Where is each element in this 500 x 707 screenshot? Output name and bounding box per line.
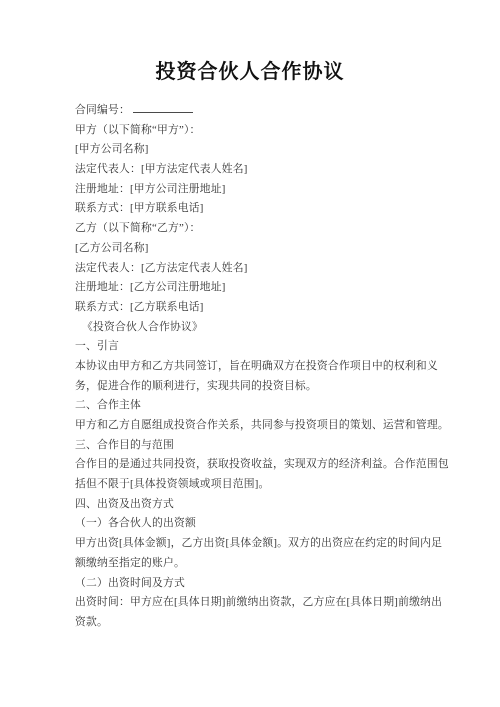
document-line: 务，促进合作的顺利进行，实现共同的投资目标。: [75, 377, 429, 397]
document-line: 法定代表人：[甲方法定代表人姓名]: [75, 160, 429, 180]
document-line: 括但不限于[具体投资领域或项目范围]。: [75, 475, 429, 495]
document-line: 三、合作目的与范围: [75, 436, 429, 456]
contract-number-line: 合同编号：: [75, 101, 429, 121]
contract-number-blank-underline: [133, 101, 193, 113]
document-line: [甲方公司名称]: [75, 140, 429, 160]
document-line: 本协议由甲方和乙方共同签订，旨在明确双方在投资合作项目中的权利和义: [75, 357, 429, 377]
document-lines: 甲方（以下简称“甲方”）：[甲方公司名称]法定代表人：[甲方法定代表人姓名]注册…: [75, 121, 429, 633]
document-line: 注册地址：[甲方公司注册地址]: [75, 180, 429, 200]
document-line: 四、出资及出资方式: [75, 495, 429, 515]
document-line: 甲方（以下简称“甲方”）：: [75, 121, 429, 141]
contract-number-label: 合同编号：: [75, 104, 130, 116]
document-line: 资款。: [75, 613, 429, 633]
document-line: 额缴纳至指定的账户。: [75, 554, 429, 574]
document-line: （一）各合伙人的出资额: [75, 514, 429, 534]
document-line: 合作目的是通过共同投资，获取投资收益，实现双方的经济利益。合作范围包: [75, 455, 429, 475]
document-title: 投资合伙人合作协议: [0, 55, 500, 84]
document-line: 二、合作主体: [75, 396, 429, 416]
document-line: 乙方（以下简称“乙方”）：: [75, 219, 429, 239]
document-line: 法定代表人：[乙方法定代表人姓名]: [75, 259, 429, 279]
document-line: 甲方和乙方自愿组成投资合作关系，共同参与投资项目的策划、运营和管理。: [75, 416, 429, 436]
document-line: 联系方式：[乙方联系电话]: [75, 298, 429, 318]
document-line: 出资时间：甲方应在[具体日期]前缴纳出资款，乙方应在[具体日期]前缴纳出: [75, 593, 429, 613]
document-page: 投资合伙人合作协议 合同编号： 甲方（以下简称“甲方”）：[甲方公司名称]法定代…: [0, 0, 500, 707]
document-line: 甲方出资[具体金额]，乙方出资[具体金额]。双方的出资应在约定的时间内足: [75, 534, 429, 554]
document-line: 联系方式：[甲方联系电话]: [75, 199, 429, 219]
document-line: 《投资合伙人合作协议》: [75, 318, 429, 338]
document-body: 合同编号： 甲方（以下简称“甲方”）：[甲方公司名称]法定代表人：[甲方法定代表…: [75, 101, 429, 633]
document-line: 注册地址：[乙方公司注册地址]: [75, 278, 429, 298]
document-line: （二）出资时间及方式: [75, 574, 429, 594]
document-line: 一、引言: [75, 337, 429, 357]
document-line: [乙方公司名称]: [75, 239, 429, 259]
